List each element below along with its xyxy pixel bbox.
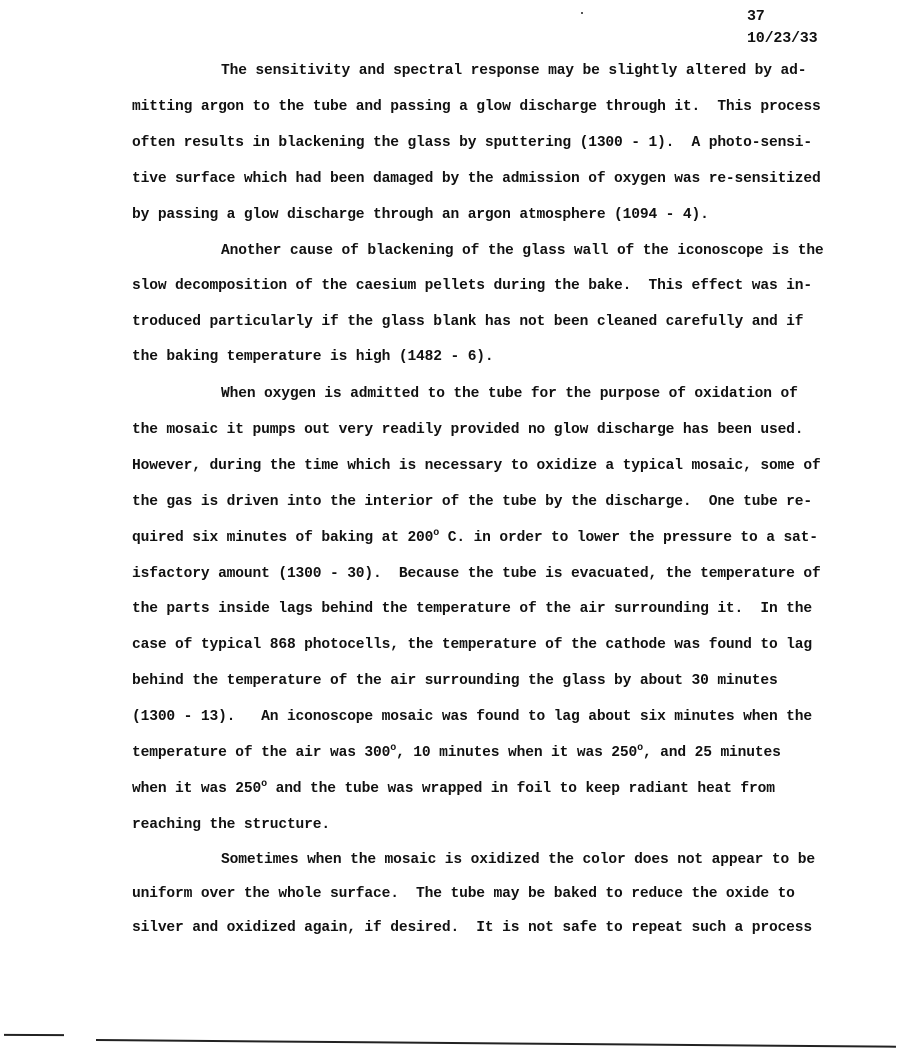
text-line: silver and oxidized again, if desired. I… xyxy=(132,918,812,938)
text-line: tive surface which had been damaged by t… xyxy=(132,169,821,189)
text-span: temperature of the air was 300 xyxy=(132,745,390,761)
text-line: troduced particularly if the glass blank… xyxy=(132,312,803,332)
text-line: the parts inside lags behind the tempera… xyxy=(132,599,812,619)
text-line: Sometimes when the mosaic is oxidized th… xyxy=(221,850,815,870)
text-line: temperature of the air was 300o, 10 minu… xyxy=(132,743,781,763)
text-line: isfactory amount (1300 - 30). Because th… xyxy=(132,564,821,584)
text-line: reaching the structure. xyxy=(132,815,330,835)
text-span: , 10 minutes when it was 250 xyxy=(396,745,637,761)
text-line: the gas is driven into the interior of t… xyxy=(132,492,812,512)
text-line: often results in blackening the glass by… xyxy=(132,133,812,153)
text-span: and the tube was wrapped in foil to keep… xyxy=(267,781,775,797)
page-date: 10/23/33 xyxy=(747,28,817,50)
text-line: Another cause of blackening of the glass… xyxy=(221,241,824,261)
text-span: when it was 250 xyxy=(132,781,261,797)
text-line: When oxygen is admitted to the tube for … xyxy=(221,384,798,404)
text-span: C. in order to lower the pressure to a s… xyxy=(439,530,818,546)
text-line: by passing a glow discharge through an a… xyxy=(132,205,709,225)
text-line: uniform over the whole surface. The tube… xyxy=(132,884,795,904)
text-line: The sensitivity and spectral response ma… xyxy=(221,61,806,81)
paper-speck xyxy=(581,12,583,14)
text-line: behind the temperature of the air surrou… xyxy=(132,671,778,691)
scan-edge-line xyxy=(4,1034,64,1036)
text-line: However, during the time which is necess… xyxy=(132,456,821,476)
page-number: 37 xyxy=(747,6,817,28)
text-line: the baking temperature is high (1482 - 6… xyxy=(132,347,494,367)
scan-edge-line xyxy=(96,1039,896,1048)
document-page: 37 10/23/33 The sensitivity and spectral… xyxy=(0,0,898,1050)
text-line: when it was 250o and the tube was wrappe… xyxy=(132,779,775,799)
text-line: (1300 - 13). An iconoscope mosaic was fo… xyxy=(132,707,812,727)
text-span: quired six minutes of baking at 200 xyxy=(132,530,433,546)
text-line: quired six minutes of baking at 200o C. … xyxy=(132,528,818,548)
text-line: mitting argon to the tube and passing a … xyxy=(132,97,821,117)
text-span: , and 25 minutes xyxy=(643,745,781,761)
text-line: the mosaic it pumps out very readily pro… xyxy=(132,420,803,440)
text-line: slow decomposition of the caesium pellet… xyxy=(132,276,812,296)
text-line: case of typical 868 photocells, the temp… xyxy=(132,635,812,655)
page-header: 37 10/23/33 xyxy=(747,6,817,50)
